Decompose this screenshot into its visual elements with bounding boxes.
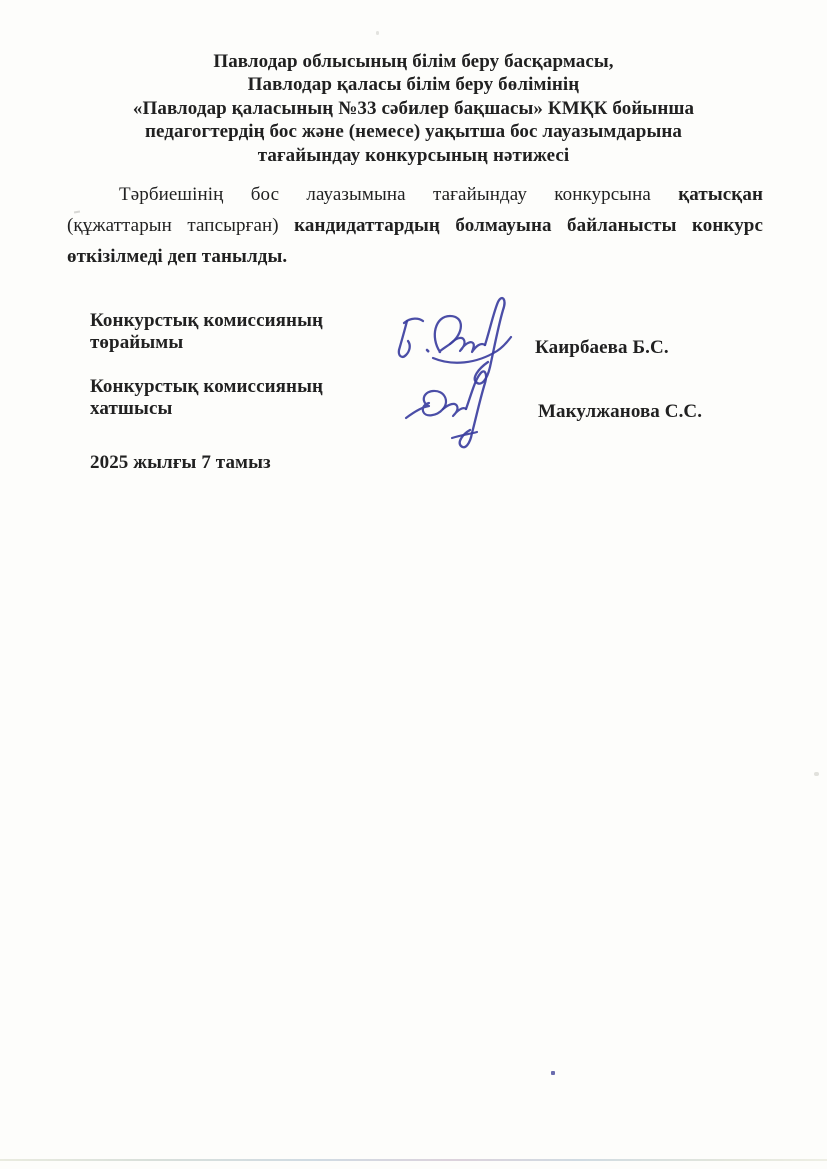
title-line-5: тағайындау конкурсының нәтижесі: [0, 144, 827, 167]
document-date: 2025 жылғы 7 тамыз: [90, 452, 271, 474]
scan-artifact-ink-speck: [551, 1071, 555, 1075]
scan-artifact-speck: [814, 772, 819, 776]
document-content: Павлодар облысының білім беру басқармасы…: [0, 0, 827, 1169]
body-text-regular: Тәрбиешінің бос лауазымына тағайындау ко…: [119, 184, 678, 205]
title-line-3: «Павлодар қаласының №33 сәбилер бақшасы»…: [0, 97, 827, 120]
role-line: төрайымы: [90, 332, 323, 354]
signer-name-chairwoman: Каирбаева Б.С.: [535, 337, 669, 359]
signer-role-secretary: Конкурстық комиссияның хатшысы: [90, 376, 323, 420]
role-line: хатшысы: [90, 398, 323, 420]
body-text-bold: қатысқан: [678, 184, 763, 205]
scanned-document-page: Павлодар облысының білім беру басқармасы…: [0, 0, 827, 1169]
title-line-1: Павлодар облысының білім беру басқармасы…: [0, 50, 827, 73]
secretary-signature-ink: [394, 360, 512, 460]
title-line-4: педагогтердің бос және (немесе) уақытша …: [0, 120, 827, 143]
scan-edge-line: [0, 1159, 827, 1161]
role-line: Конкурстық комиссияның: [90, 376, 323, 398]
document-title: Павлодар облысының білім беру басқармасы…: [0, 50, 827, 167]
signer-role-chairwoman: Конкурстық комиссияның төрайымы: [90, 310, 323, 354]
signer-name-secretary: Макулжанова С.С.: [538, 401, 702, 423]
body-line: Тәрбиешінің бос лауазымына тағайындау ко…: [67, 179, 763, 210]
body-text-regular: (құжаттарын тапсырған): [67, 215, 294, 236]
scan-artifact-speck: [376, 31, 379, 35]
body-line: (құжаттарын тапсырған) кандидаттардың бо…: [67, 210, 763, 241]
title-line-2: Павлодар қаласы білім беру бөлімінің: [0, 73, 827, 96]
body-paragraph: Тәрбиешінің бос лауазымына тағайындау ко…: [67, 179, 763, 272]
role-line: Конкурстық комиссияның: [90, 310, 323, 332]
body-text-bold: кандидаттардың болмауына байланысты конк…: [294, 215, 763, 236]
body-text-bold: өткізілмеді деп танылды.: [67, 246, 287, 267]
body-line: өткізілмеді деп танылды.: [67, 241, 763, 272]
